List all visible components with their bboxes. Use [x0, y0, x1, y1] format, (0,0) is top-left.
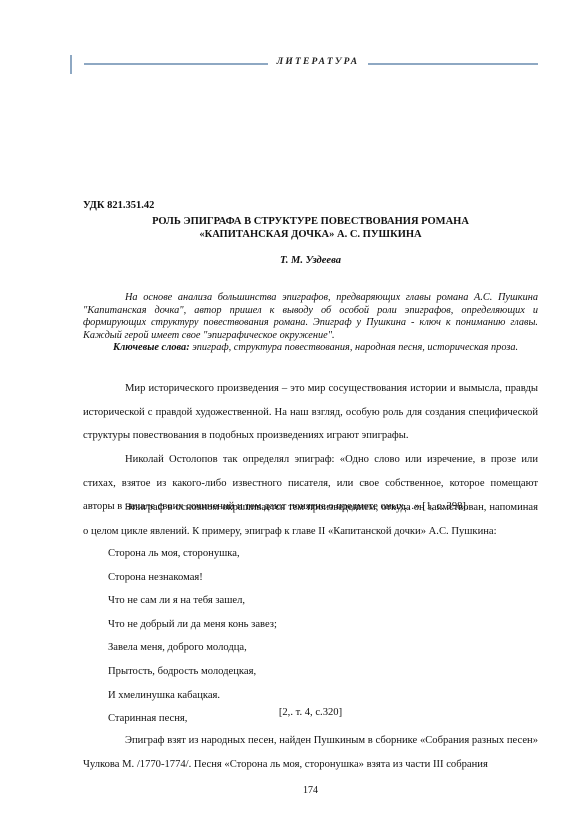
verse-line: Сторона незнакомая!: [108, 566, 277, 590]
verse-line: Что не сам ли я на тебя зашел,: [108, 589, 277, 613]
article-title: РОЛЬ ЭПИГРАФА В СТРУКТУРЕ ПОВЕСТВОВАНИЯ …: [83, 215, 538, 241]
header-rule-left: [84, 63, 268, 65]
header-vertical-bar: [70, 55, 72, 74]
abstract: На основе анализа большинства эпиграфов,…: [83, 292, 538, 342]
paragraph-1: Мир исторического произведения – это мир…: [83, 377, 538, 448]
verse-line: Что не добрый ли да меня конь завез;: [108, 613, 277, 637]
verse-citation: [2,. т. 4, с.320]: [83, 707, 538, 718]
verse-line: Сторона ль моя, сторонушка,: [108, 542, 277, 566]
udk-code: УДК 821.351.42: [83, 200, 154, 211]
epigraph-verse: Сторона ль моя, сторонушка, Сторона незн…: [108, 542, 277, 731]
paragraph-3: Эпиграф в основном окрашивается тем прои…: [83, 496, 538, 543]
verse-line: Завела меня, доброго молодца,: [108, 636, 277, 660]
keywords-label: Ключевые слова:: [113, 342, 190, 353]
keywords-list: эпиграф, структура повествования, народн…: [190, 342, 518, 353]
author-name: Т. М. Уздеева: [83, 255, 538, 266]
header-rule-right: [368, 63, 538, 65]
page-number: 174: [83, 785, 538, 796]
title-line-1: РОЛЬ ЭПИГРАФА В СТРУКТУРЕ ПОВЕСТВОВАНИЯ …: [83, 215, 538, 228]
verse-line: И хмелинушка кабацкая.: [108, 684, 277, 708]
keywords: Ключевые слова: эпиграф, структура повес…: [83, 342, 538, 355]
title-line-2: «КАПИТАНСКАЯ ДОЧКА» А. С. ПУШКИНА: [83, 228, 538, 241]
paragraph-4: Эпиграф взят из народных песен, найден П…: [83, 729, 538, 776]
verse-line: Прытость, бодрость молодецкая,: [108, 660, 277, 684]
section-header: ЛИТЕРАТУРА: [270, 57, 366, 67]
